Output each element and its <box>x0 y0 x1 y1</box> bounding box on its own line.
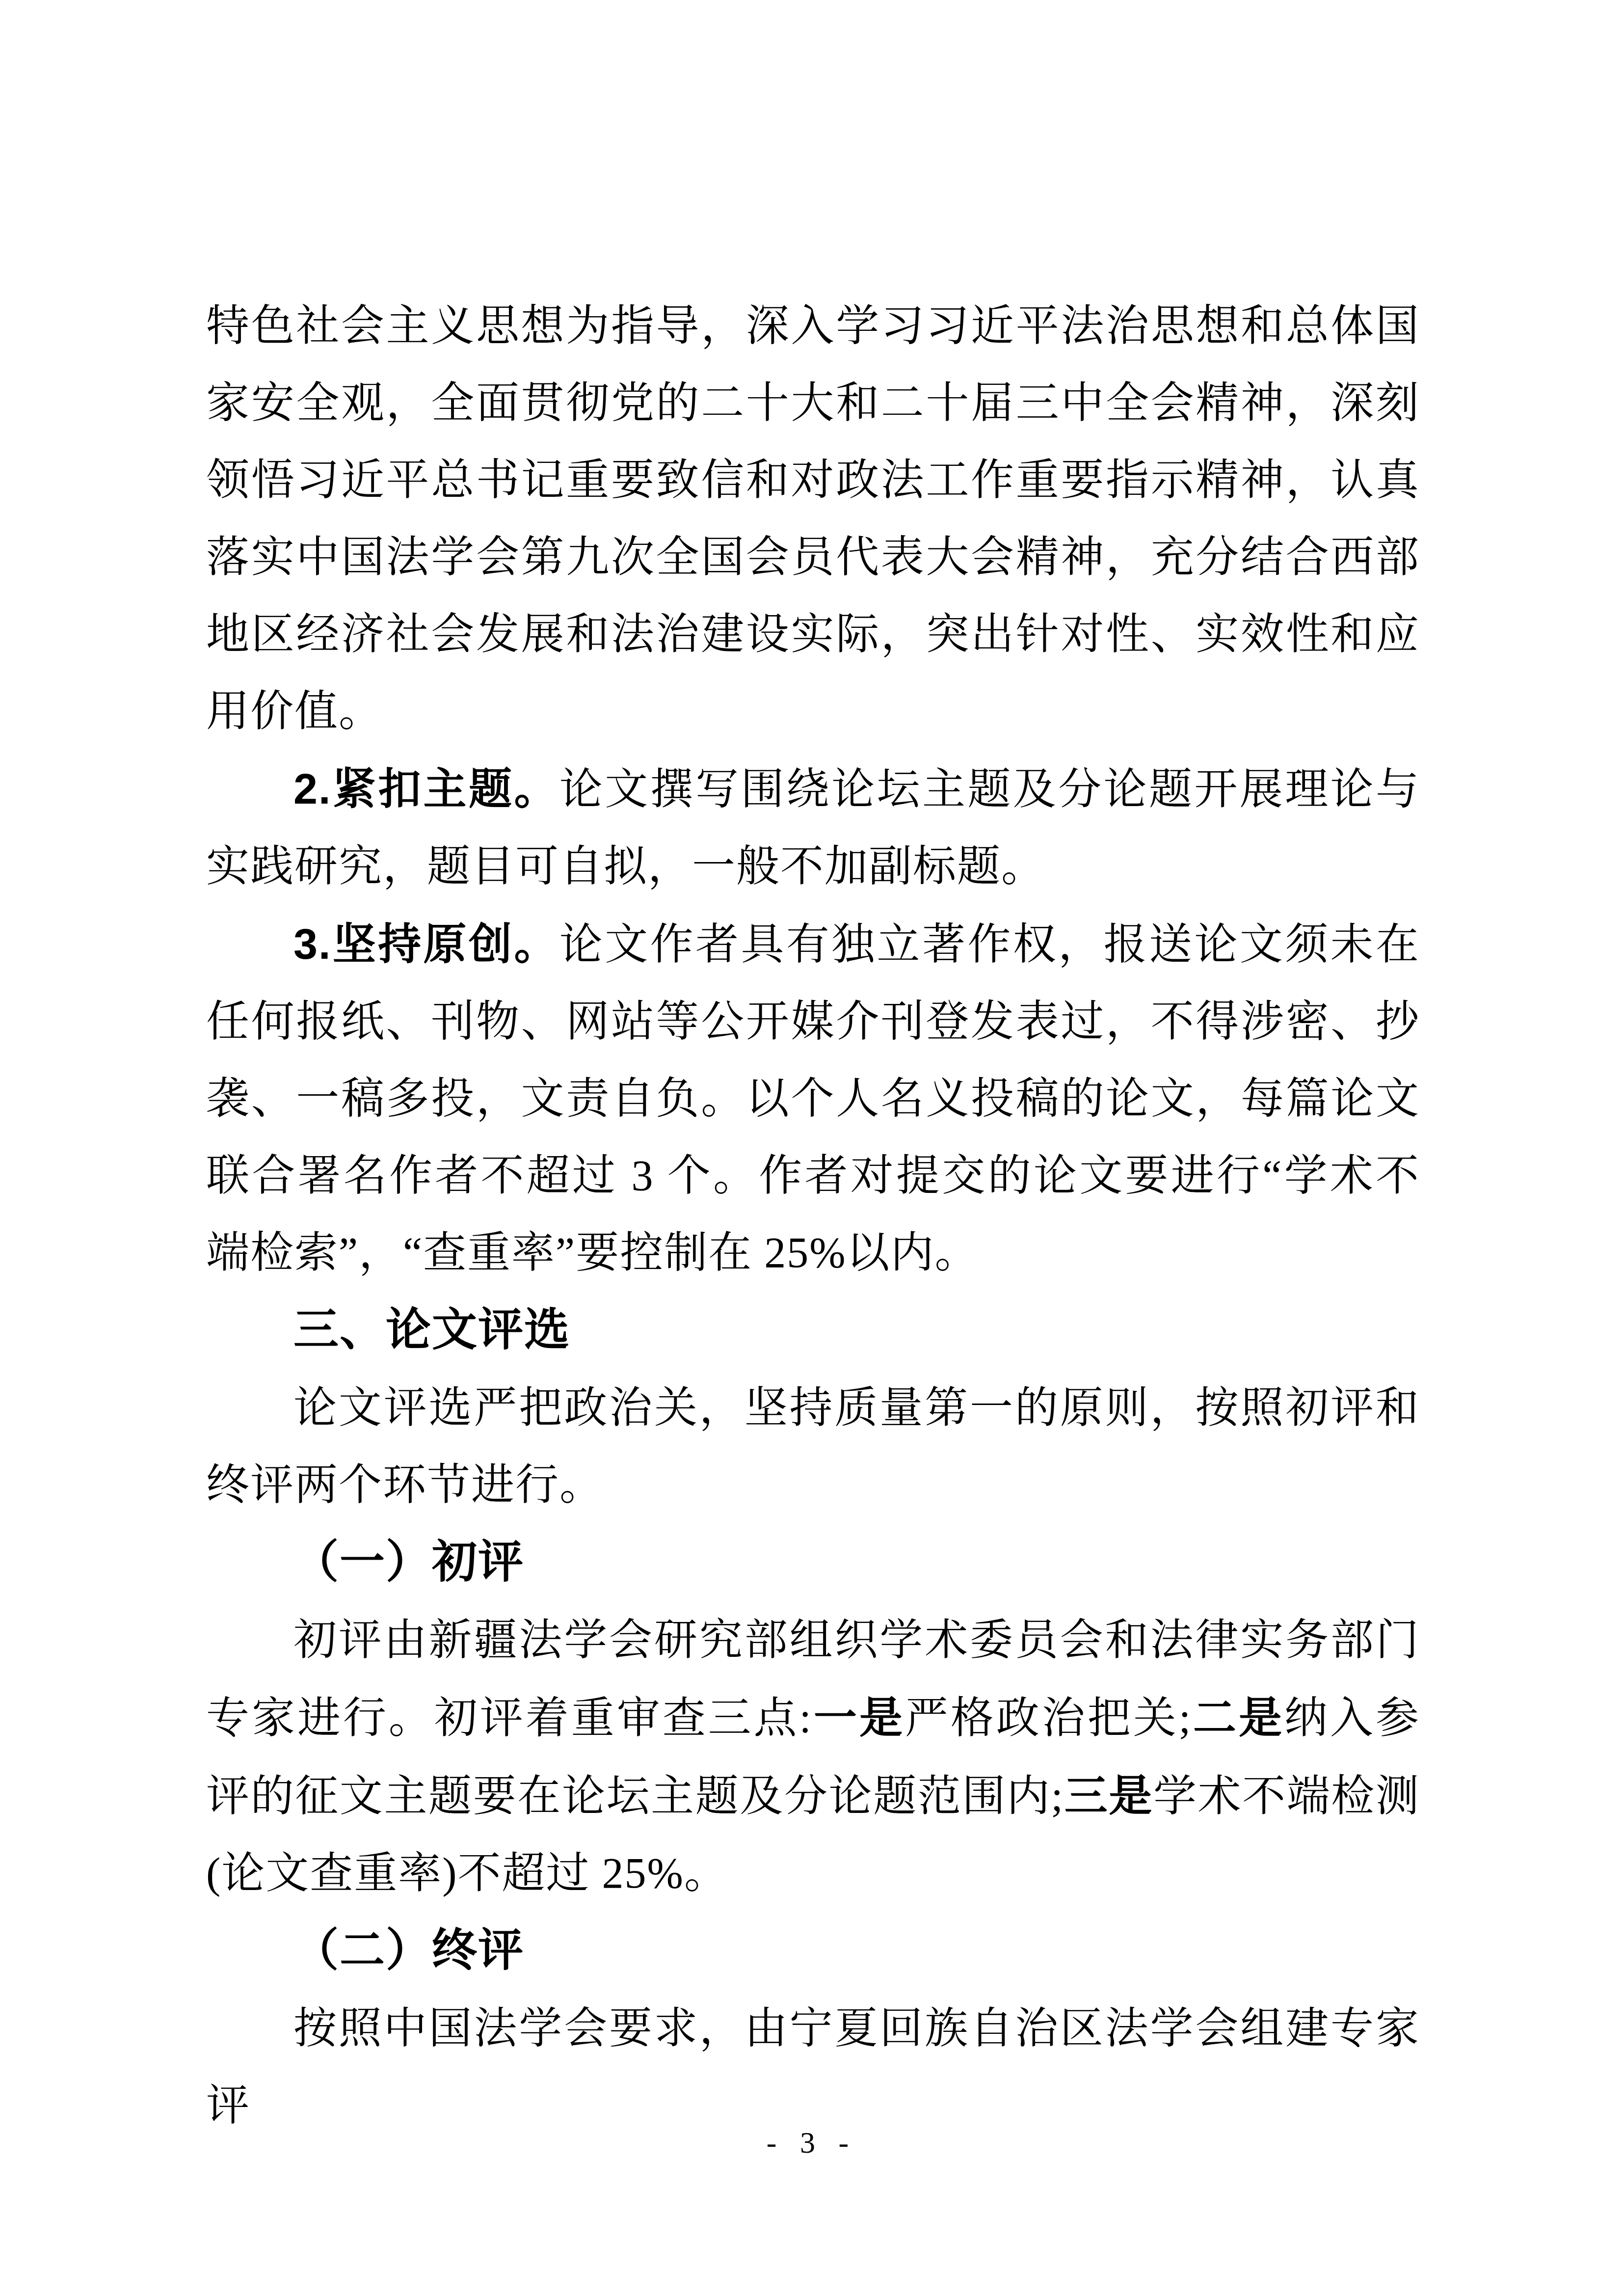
text-run: 特色社会主义思想为指导，深入学习习近平法治思想和总体国家安全观，全面贯彻党的二十… <box>206 302 1420 735</box>
text-run: 严格政治把关; <box>905 1695 1192 1742</box>
para-guiding-ideology-continuation: 特色社会主义思想为指导，深入学习习近平法治思想和总体国家安全观，全面贯彻党的二十… <box>206 288 1420 750</box>
text-run: 2.紧扣主题。 <box>293 764 559 813</box>
text-run: 三是 <box>1064 1771 1153 1820</box>
text-run: 3.坚持原创。 <box>293 919 559 968</box>
text-run: 一是 <box>812 1693 905 1742</box>
para-rule-2-theme: 2.紧扣主题。论文撰写围绕论坛主题及分论题开展理论与实践研究，题目可自拟，一般不… <box>206 750 1420 905</box>
document-body: 特色社会主义思想为指导，深入学习习近平法治思想和总体国家安全观，全面贯彻党的二十… <box>206 288 1420 2144</box>
text-run: 三、论文评选 <box>293 1305 570 1355</box>
text-run: 按照中国法学会要求，由宁夏回族自治区法学会组建专家评 <box>206 2005 1420 2130</box>
heading-section-three-paper-selection: 三、论文评选 <box>206 1292 1420 1370</box>
para-first-review-detail: 初评由新疆法学会研究部组织学术委员会和法律实务部门专家进行。初评着重审查三点:一… <box>206 1602 1420 1912</box>
text-run: 论文评选严把政治关，坚持质量第一的原则，按照初评和终评两个环节进行。 <box>206 1384 1420 1509</box>
text-run: 论文作者具有独立著作权，报送论文须未在任何报纸、刊物、网站等公开媒介刊登发表过，… <box>206 921 1420 1277</box>
para-selection-principle: 论文评选严把政治关，坚持质量第一的原则，按照初评和终评两个环节进行。 <box>206 1370 1420 1524</box>
text-run: （二）终评 <box>293 1925 524 1975</box>
document-page: 特色社会主义思想为指导，深入学习习近平法治思想和总体国家安全观，全面贯彻党的二十… <box>0 0 1623 2296</box>
heading-first-review: （一）初评 <box>206 1524 1420 1602</box>
page-number: - 3 - <box>0 2126 1623 2161</box>
heading-final-review: （二）终评 <box>206 1912 1420 1990</box>
text-run: （一）初评 <box>293 1537 524 1587</box>
para-rule-3-originality: 3.坚持原创。论文作者具有独立著作权，报送论文须未在任何报纸、刊物、网站等公开媒… <box>206 905 1420 1292</box>
para-final-review-detail: 按照中国法学会要求，由宁夏回族自治区法学会组建专家评 <box>206 1990 1420 2144</box>
text-run: 二是 <box>1192 1693 1284 1742</box>
